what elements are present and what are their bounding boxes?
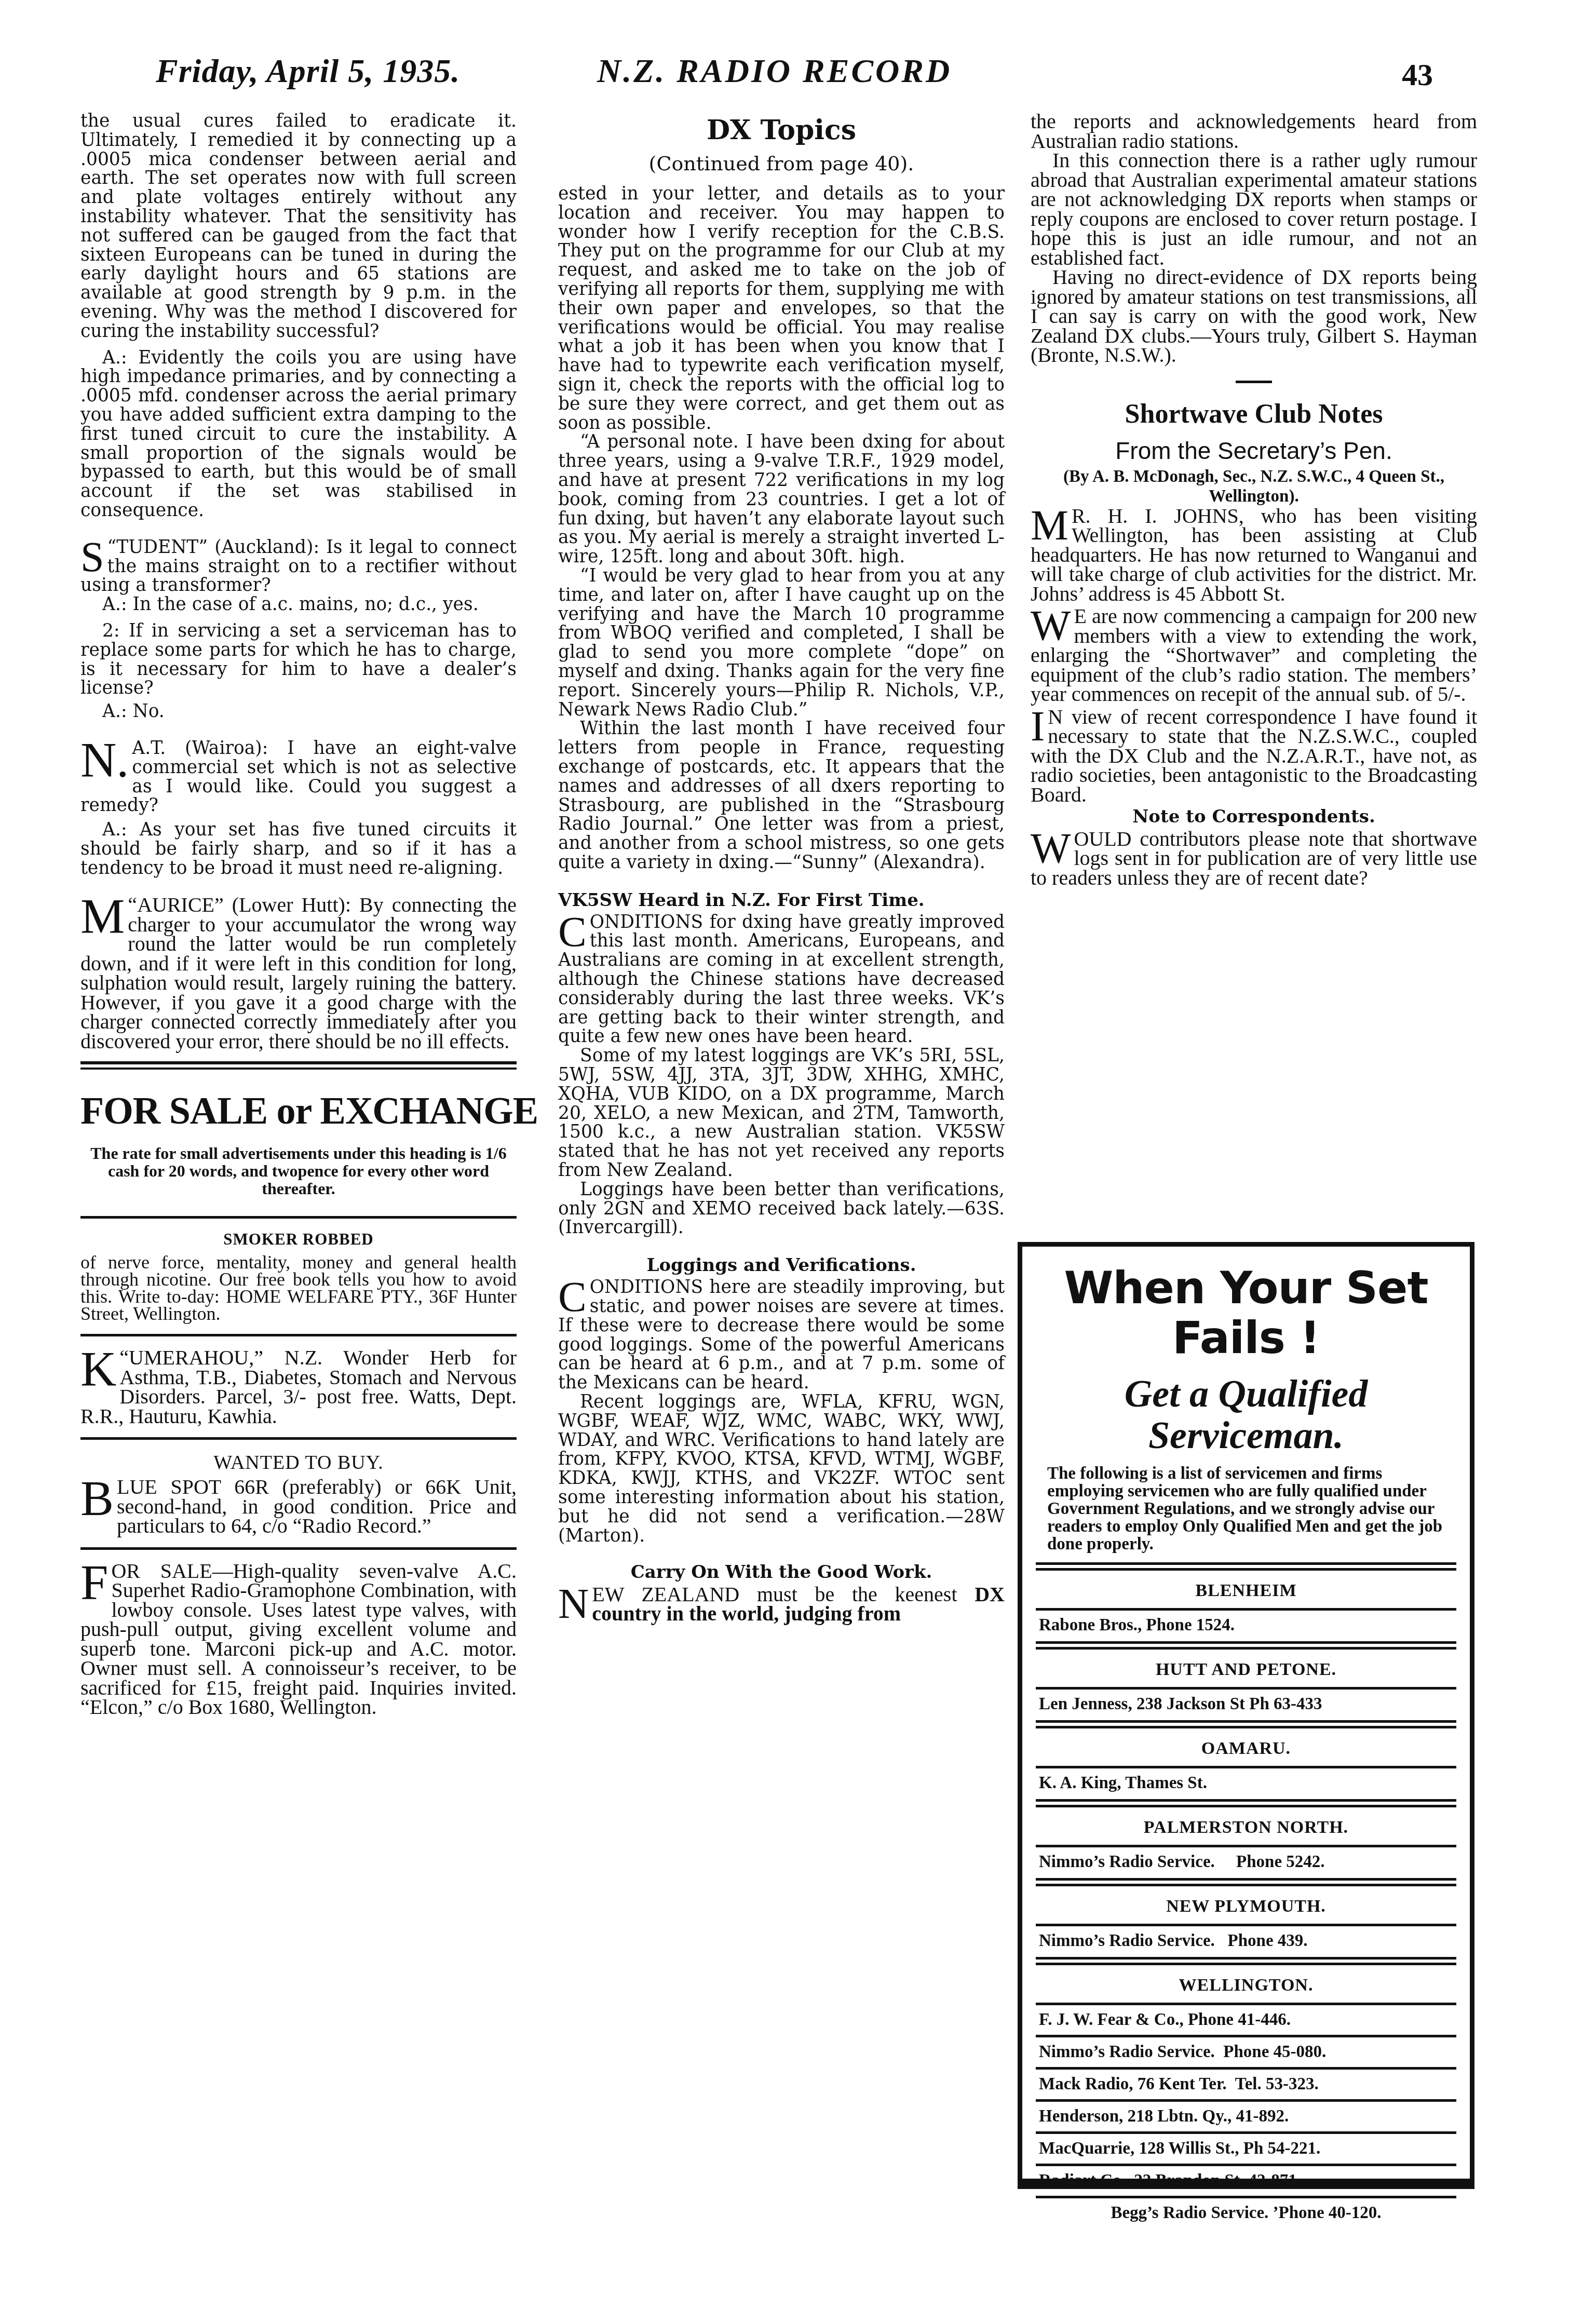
divider — [1036, 2035, 1456, 2037]
drop-cap: I — [1031, 708, 1045, 745]
section-loggings: Loggings and Verifications. CONDITIONS h… — [558, 1255, 1005, 1545]
answer-paragraph: A.: As your set has five tuned circuits … — [80, 820, 517, 877]
directory-entry: MacQuarrie, 128 Willis St., Ph 54-221. — [1036, 2137, 1456, 2160]
drop-cap: S — [80, 539, 104, 575]
article-text: ONDITIONS here are steadily improving, b… — [558, 1277, 1005, 1393]
continued-note: (Continued from page 40). — [558, 152, 1005, 175]
divider — [1036, 1878, 1456, 1886]
article-text: R. H. I. JOHNS, who has been visiting We… — [1031, 504, 1477, 605]
directory-entry: Nimmo’s Radio Service. Phone 5242. — [1036, 1850, 1456, 1874]
column-right: the reports and acknowledgements heard f… — [1031, 112, 1477, 887]
divider — [1236, 381, 1272, 383]
directory-entry: Len Jenness, 238 Jackson St Ph 63-433 — [1036, 1693, 1456, 1716]
divider — [1036, 1641, 1456, 1650]
serviceman-directory: BLENHEIM Rabone Bros., Phone 1524. HUTT … — [1036, 1562, 1456, 2225]
divider — [1036, 1957, 1456, 1965]
directory-entry: Rabone Bros., Phone 1524. — [1036, 1614, 1456, 1637]
article-paragraph: “I would be very glad to hear from you a… — [558, 566, 1005, 719]
divider — [1036, 1924, 1456, 1926]
section-heading: Carry On With the Good Work. — [558, 1563, 1005, 1583]
drop-cap: F — [80, 1562, 108, 1603]
directory-entry: Nimmo’s Radio Service. Phone 439. — [1036, 1929, 1456, 1953]
classified-text: UMERAHOU,” N.Z. Wonder Herb for Asthma, … — [80, 1346, 517, 1428]
drop-cap: N. — [80, 740, 129, 780]
section-heading: VK5SW Heard in N.Z. For First Time. — [558, 890, 1005, 911]
divider — [1036, 1720, 1456, 1728]
divider — [1036, 1608, 1456, 1611]
divider — [1036, 1562, 1456, 1571]
region-heading: OAMARU. — [1036, 1733, 1456, 1763]
classified-kumerahou: “KUMERAHOU,” N.Z. Wonder Herb for Asthma… — [80, 1348, 517, 1426]
section-vk5sw: VK5SW Heard in N.Z. For First Time. COND… — [558, 890, 1005, 1238]
answer-paragraph: A.: No. — [80, 702, 517, 721]
directory-entry: F. J. W. Fear & Co., Phone 41-446. — [1036, 2008, 1456, 2032]
ad-rate-notice: The rate for small advertisements under … — [80, 1144, 517, 1197]
publication-title: N.Z. RADIO RECORD — [597, 52, 952, 90]
drop-cap: N — [558, 1586, 589, 1622]
divider — [80, 1547, 517, 1550]
classified-text: of nerve force, mentality, money and gen… — [80, 1254, 517, 1322]
directory-entry: Radiart Co., 22 Brandon St. 42-871. — [1036, 2169, 1456, 2193]
article-text: N view of recent correspondence I have f… — [1031, 705, 1477, 806]
divider — [1036, 1766, 1456, 1768]
column-middle: DX Topics (Continued from page 40). este… — [558, 112, 1005, 1624]
directory-entry: K. A. King, Thames St. — [1036, 1772, 1456, 1795]
serviceman-advertisement: When Your Set Fails ! Get a Qualified Se… — [1018, 1242, 1474, 2189]
section-heading: Loggings and Verifications. — [558, 1255, 1005, 1276]
divider — [80, 1334, 517, 1336]
classified-text: OR SALE—High-quality seven-valve A.C. Su… — [80, 1559, 517, 1719]
drop-cap: M — [80, 896, 125, 937]
directory-entry: Mack Radio, 76 Kent Ter. Tel. 53-323. — [1036, 2073, 1456, 2096]
query-maurice: “MAURICE” (Lower Hutt): By connecting th… — [80, 895, 517, 1051]
drop-cap: B — [80, 1478, 114, 1519]
divider — [1036, 2099, 1456, 2102]
article-paragraph: Some of my latest loggings are VK’s 5RI,… — [558, 1046, 1005, 1180]
answer-text: AURICE” (Lower Hutt): By connecting the … — [80, 893, 517, 1053]
divider — [80, 1216, 517, 1219]
article-paragraph: Within the last month I have received fo… — [558, 719, 1005, 872]
article-paragraph: ested in your letter, and details as to … — [558, 184, 1005, 433]
drop-cap: W — [1031, 607, 1071, 644]
article-paragraph: In this connection there is a rather ugl… — [1031, 151, 1477, 267]
answer-paragraph: A.: In the case of a.c. mains, no; d.c.,… — [80, 595, 517, 614]
drop-cap: M — [1031, 507, 1068, 544]
region-heading: WELLINGTON. — [1036, 1969, 1456, 1999]
query-nat: N.A.T. (Wairoa): I have an eight-valve c… — [80, 739, 517, 878]
divider — [1036, 2003, 1456, 2005]
region-heading: HUTT AND PETONE. — [1036, 1654, 1456, 1684]
article-paragraph: Having no direct-evidence of DX reports … — [1031, 267, 1477, 365]
section-heading: Shortwave Club Notes — [1031, 399, 1477, 429]
ad-intro: The following is a list of servicemen an… — [1022, 1456, 1470, 1553]
drop-cap: K — [80, 1349, 116, 1389]
divider — [1036, 1845, 1456, 1847]
masthead: Friday, April 5, 1935. N.Z. RADIO RECORD… — [0, 52, 1583, 99]
section-subheading: From the Secretary’s Pen. — [1031, 437, 1477, 465]
ad-headline: When Your Set Fails ! — [1022, 1263, 1470, 1363]
letter-continuation: the usual cures failed to eradicate it. … — [80, 112, 517, 341]
drop-cap: C — [558, 1279, 587, 1315]
region-heading: NEW PLYMOUTH. — [1036, 1890, 1456, 1921]
article-text: OULD contributors please note that short… — [1031, 827, 1477, 889]
divider — [80, 1437, 517, 1440]
article-text: ONDITIONS for dxing have greatly improve… — [558, 912, 1005, 1047]
section-carry-on: Carry On With the Good Work. NEW ZEALAND… — [558, 1563, 1005, 1624]
divider — [1036, 2164, 1456, 2166]
article-heading: DX Topics — [558, 114, 1005, 146]
issue-date: Friday, April 5, 1935. — [156, 52, 460, 90]
article-paragraph: Recent loggings are, WFLA, KFRU, WGN, WG… — [558, 1393, 1005, 1545]
byline: (By A. B. McDonagh, Sec., N.Z. S.W.C., 4… — [1031, 467, 1477, 506]
directory-entry: Begg’s Radio Service. ’Phone 40-120. — [1036, 2201, 1456, 2225]
section-divider — [80, 1061, 517, 1070]
region-heading: BLENHEIM — [1036, 1575, 1456, 1605]
classified-wanted: WANTED TO BUY. BLUE SPOT 66R (preferably… — [80, 1451, 517, 1536]
drop-cap: W — [1031, 830, 1071, 867]
query-student: “STUDENT” (Auckland): Is it legal to con… — [80, 538, 517, 721]
divider — [1036, 2196, 1456, 2198]
divider — [1036, 2067, 1456, 2070]
ad-subheadline: Get a Qualified Serviceman. — [1022, 1373, 1470, 1456]
classified-heading: WANTED TO BUY. — [80, 1451, 517, 1474]
column-left: the usual cures failed to eradicate it. … — [80, 112, 517, 1717]
query-text: 2: If in servicing a set a serviceman ha… — [80, 621, 517, 698]
classified-heading: SMOKER ROBBED — [80, 1230, 517, 1249]
divider — [1036, 2131, 1456, 2134]
divider — [1036, 1687, 1456, 1690]
region-heading: PALMERSTON NORTH. — [1036, 1812, 1456, 1842]
article-text: E are now commencing a campaign for 200 … — [1031, 604, 1477, 706]
answer-paragraph: A.: Evidently the coils you are using ha… — [80, 348, 517, 520]
query-text: TUDENT” (Auckland): Is it legal to conne… — [80, 537, 517, 596]
classified-for-sale: FOR SALE—High-quality seven-valve A.C. S… — [80, 1561, 517, 1717]
article-paragraph: Loggings have been better than verificat… — [558, 1180, 1005, 1237]
section-heading: Note to Correspondents. — [1031, 807, 1477, 827]
directory-entry: Nimmo’s Radio Service. Phone 45-080. — [1036, 2041, 1456, 2064]
article-paragraph: the reports and acknowledgements heard f… — [1031, 112, 1477, 151]
query-text: A.T. (Wairoa): I have an eight-valve com… — [80, 738, 517, 816]
directory-entry: Henderson, 218 Lbtn. Qy., 41-892. — [1036, 2105, 1456, 2128]
drop-cap: C — [558, 914, 587, 950]
open-quote: “ — [107, 537, 117, 558]
article-paragraph: “A personal note. I have been dxing for … — [558, 433, 1005, 566]
classified-text: LUE SPOT 66R (preferably) or 66K Unit, s… — [117, 1475, 517, 1537]
divider — [1036, 1799, 1456, 1807]
for-sale-heading: FOR SALE or EXCHANGE — [80, 1090, 517, 1132]
classified-smoker: SMOKER ROBBED of nerve force, mentality,… — [80, 1230, 517, 1322]
page-number: 43 — [1402, 57, 1433, 93]
shortwave-club-notes: Shortwave Club Notes From the Secretary’… — [1031, 399, 1477, 888]
